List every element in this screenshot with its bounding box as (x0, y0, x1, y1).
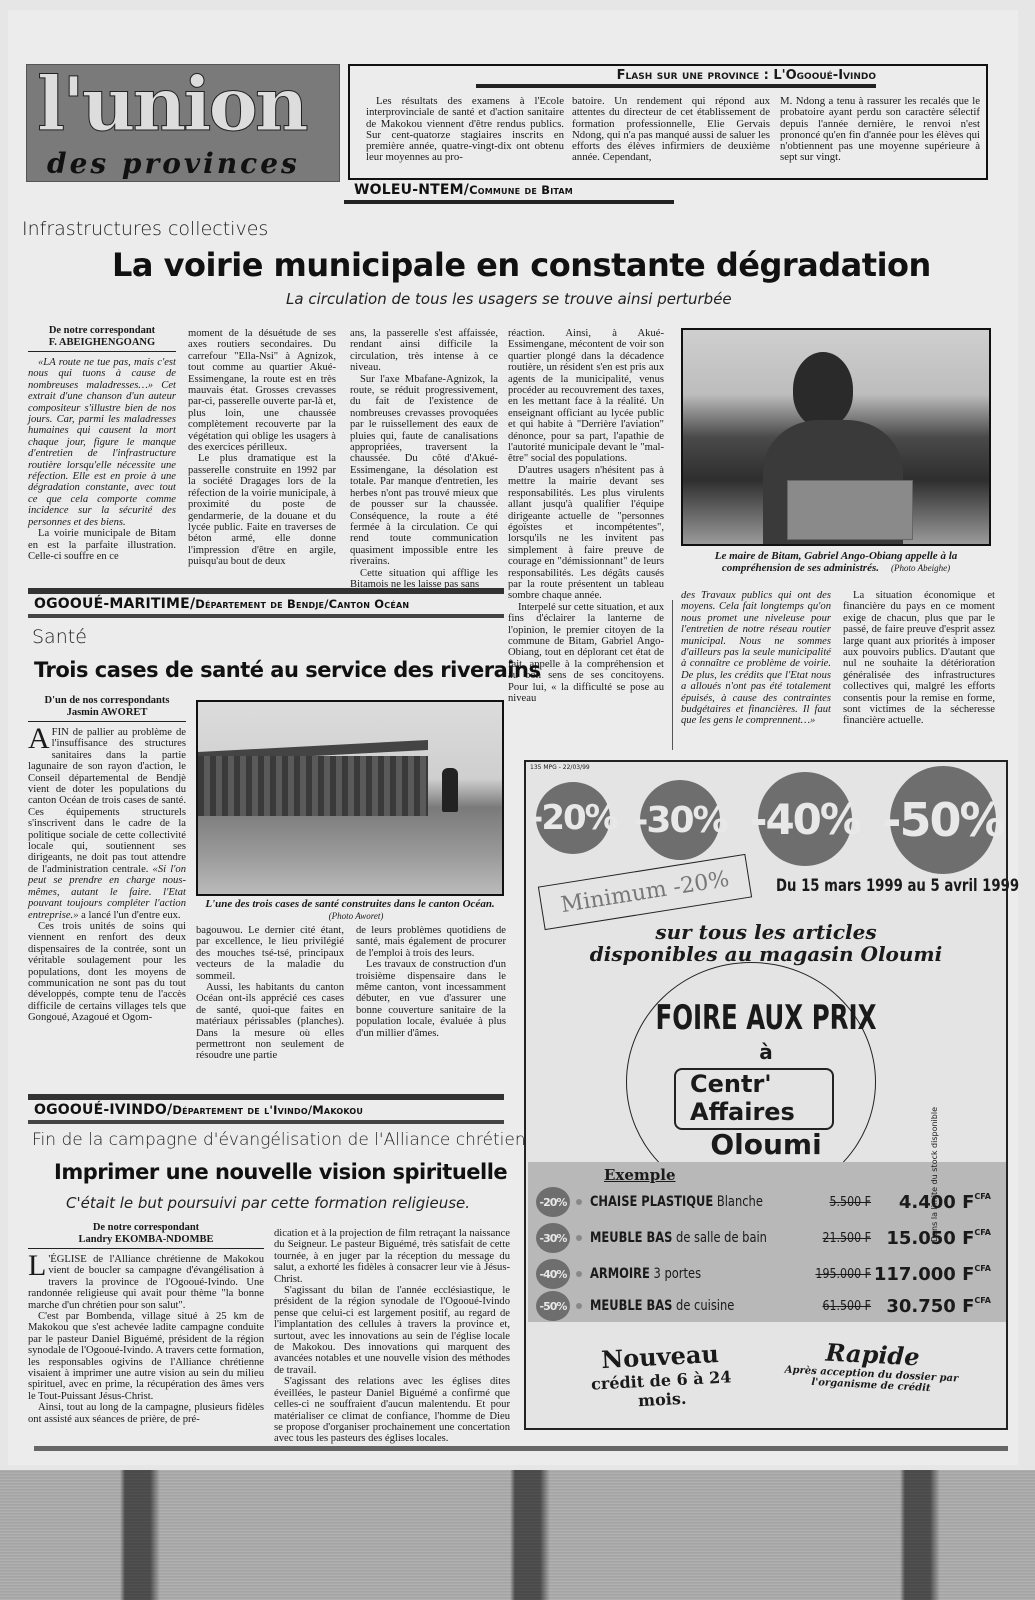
masthead: l'union des provinces (26, 64, 340, 182)
price-row: -50% MEUBLE BAS de cuisine 61.500 F 30.7… (536, 1290, 991, 1322)
ad-dates: Du 15 mars 1999 au 5 avril 1999 (776, 876, 1019, 896)
minimum-box: Minimum -20% (538, 854, 752, 930)
flash-col-3: M. Ndong a tenu à rassurer les recalés q… (780, 96, 980, 164)
article1-byline: De notre correspondant F. ABEIGHENGOANG (28, 325, 176, 352)
article2-col-2: bagouwou. Le dernier cité étant, par exc… (196, 925, 344, 1062)
article1-col-3: ans, la passerelle s'est affaissée, rend… (350, 328, 498, 590)
mayor-figure (793, 352, 853, 427)
article3-col-1: De notre correspondant Landry EKOMBA-NDO… (28, 1222, 264, 1425)
section-bar-ogooue-maritime: OGOOUÉ-MARITIME/Département de Bendje/Ca… (28, 588, 504, 618)
person-figure (442, 768, 458, 812)
article2-col-3: de leurs problèmes quotidiens de santé, … (356, 925, 506, 1039)
article3-subhead: C'était le but poursuivi par cette forma… (66, 1194, 470, 1212)
health-hut-photo-caption: L'une des trois cases de santé construit… (196, 898, 504, 922)
article2-col-1: D'un de nos correspondants Jasmin AWORET… (28, 695, 186, 1024)
article1-col-2: moment de la désuétude de ses axes routi… (188, 328, 336, 568)
hut-wall (198, 756, 428, 816)
article1-kicker: Infrastructures collectives (22, 218, 268, 240)
mayor-photo-caption: Le maire de Bitam, Gabriel Ango-Obiang a… (681, 550, 991, 574)
fair-at: à (526, 1040, 1006, 1064)
discount-badge-30: -30% (640, 780, 720, 860)
store-logo: Centr' Affaires (674, 1068, 834, 1130)
stock-note: Dans la limite du stock disponible (930, 1082, 939, 1242)
fair-title: FOIRE AUX PRIX (593, 998, 939, 1038)
bottom-rule (34, 1446, 1008, 1451)
flash-box: Flash sur une province : L'Ogooué-Ivindo… (348, 64, 988, 180)
credit-block: Nouveau crédit de 6 à 24 mois. (564, 1337, 757, 1414)
ad-tagline-1: sur tous les articles (526, 920, 1006, 944)
price-row: -40% ARMOIRE 3 portes 195.000 F 117.000 … (536, 1258, 991, 1290)
mayor-photo (681, 328, 991, 546)
article1-subhead: La circulation de tous les usagers se tr… (286, 290, 732, 308)
column-rule (672, 600, 673, 750)
article3-col-2: dication et à la projection de film retr… (274, 1228, 510, 1445)
masthead-subtitle: des provinces (47, 147, 300, 180)
article2-byline: D'un de nos correspondants Jasmin AWORET (28, 695, 186, 722)
scan-artifact (0, 1470, 1035, 1600)
advertisement-foire-aux-prix: 135 MPG - 22/03/99 -20% -30% -40% -50% M… (524, 760, 1008, 1430)
flash-heading: Flash sur une province : L'Ogooué-Ivindo (476, 68, 876, 88)
price-row: -20% CHAISE PLASTIQUE Blanche 5.500 F 4.… (536, 1186, 991, 1218)
article3-headline: Imprimer une nouvelle vision spirituelle (54, 1160, 507, 1184)
discount-badge-20: -20% (536, 782, 610, 854)
section-bar-woleu-ntem: WOLEU-NTEM/Commune de Bitam (344, 182, 674, 204)
ad-ref: 135 MPG - 22/03/99 (530, 764, 590, 771)
article1-col-4: réaction. Ainsi, à Akué-Essimengane, méc… (508, 328, 664, 758)
article1-headline: La voirie municipale en constante dégrad… (112, 246, 931, 284)
section-bar-ogooue-ivindo: OGOOUÉ-IVINDO/Département de l'Ivindo/Ma… (28, 1094, 504, 1124)
article2-kicker: Santé (32, 626, 87, 648)
rapid-block: Rapide Après acception du dossier par l'… (771, 1335, 973, 1396)
dropcap: L (28, 1254, 48, 1278)
laptop (787, 480, 913, 540)
article3-byline: De notre correspondant Landry EKOMBA-NDO… (28, 1222, 264, 1249)
article2-headline: Trois cases de santé au service des rive… (34, 658, 540, 682)
article1-col-6: La situation économique et financière du… (843, 590, 995, 727)
discount-badge-50: -50% (890, 766, 996, 874)
masthead-title: l'union (37, 63, 306, 147)
price-row: -30% MEUBLE BAS de salle de bain 21.500 … (536, 1222, 991, 1254)
newspaper-page: l'union des provinces Flash sur une prov… (8, 10, 1018, 1465)
article1-col-1: De notre correspondant F. ABEIGHENGOANG … (28, 325, 176, 562)
dropcap: A (28, 727, 52, 751)
article1-col-5: des Travaux publics qui ont des moyens. … (681, 590, 831, 727)
health-hut-photo (196, 700, 504, 896)
discount-badge-40: -40% (758, 772, 852, 866)
example-label: Exemple (604, 1166, 676, 1184)
flash-col-2: batoire. Un rendement qui répond aux att… (572, 96, 770, 164)
flash-col-1: Les résultats des examens à l'Ecole inte… (366, 96, 564, 164)
article3-kicker: Fin de la campagne d'évangélisation de l… (32, 1130, 547, 1150)
